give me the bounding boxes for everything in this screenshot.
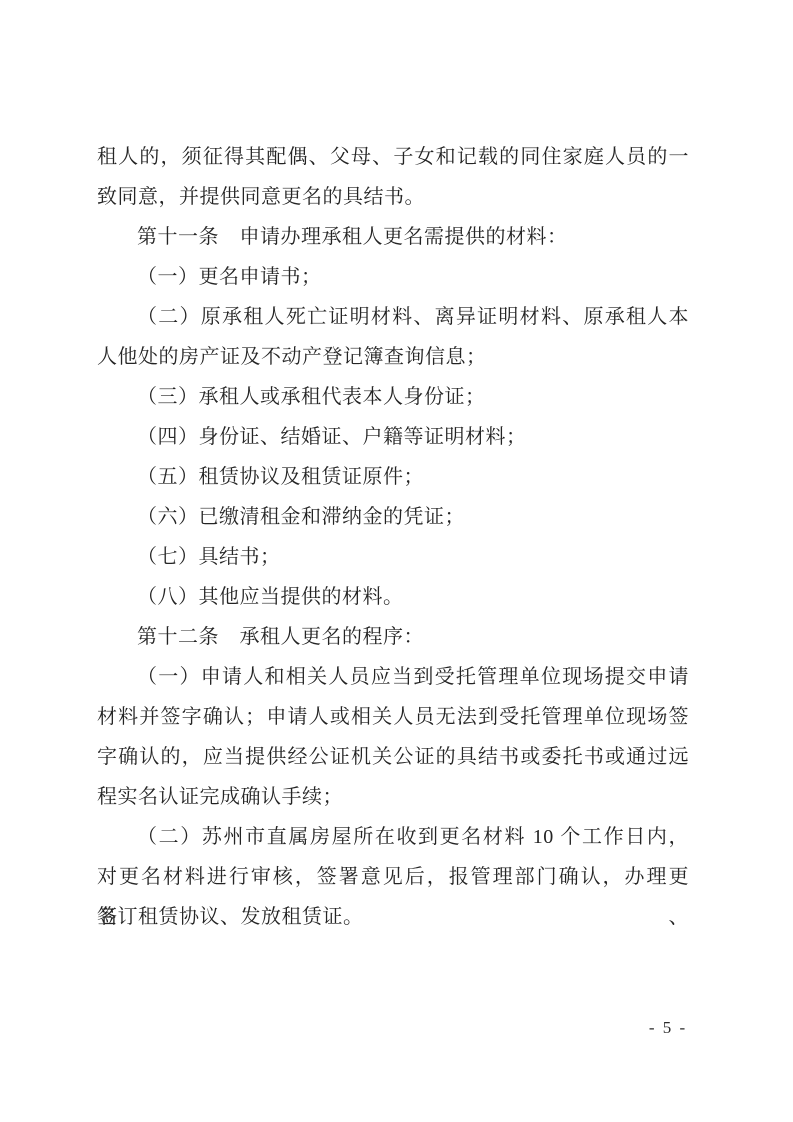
text-line: （二）原承租人死亡证明材料、离异证明材料、原承租人本 [97, 297, 689, 337]
text-line: （六）已缴清租金和滞纳金的凭证； [97, 497, 689, 537]
page-number: - 5 - [638, 1018, 698, 1038]
text-line: 致同意，并提供同意更名的具结书。 [97, 177, 689, 217]
text-line: （一）更名申请书； [97, 257, 689, 297]
document-body: 租人的，须征得其配偶、父母、子女和记载的同住家庭人员的一致同意，并提供同意更名的… [97, 137, 689, 937]
text-line: 字确认的，应当提供经公证机关公证的具结书或委托书或通过远 [97, 737, 689, 777]
text-line: （五）租赁协议及租赁证原件； [97, 457, 689, 497]
document-page: 租人的，须征得其配偶、父母、子女和记载的同住家庭人员的一致同意，并提供同意更名的… [0, 0, 793, 1122]
text-line: 材料并签字确认；申请人或相关人员无法到受托管理单位现场签 [97, 697, 689, 737]
text-line: （一）申请人和相关人员应当到受托管理单位现场提交申请 [97, 657, 689, 697]
text-line: （三）承租人或承租代表本人身份证； [97, 377, 689, 417]
text-line: 对更名材料进行审核，签署意见后，报管理部门确认，办理更名、 [97, 857, 689, 897]
text-line: 第十二条 承租人更名的程序： [97, 617, 689, 657]
text-line: 第十一条 申请办理承租人更名需提供的材料： [97, 217, 689, 257]
text-line: （二）苏州市直属房屋所在收到更名材料 10 个工作日内， [97, 817, 689, 857]
text-line: 程实名认证完成确认手续； [97, 777, 689, 817]
text-line: （七）具结书； [97, 537, 689, 577]
text-line: 租人的，须征得其配偶、父母、子女和记载的同住家庭人员的一 [97, 137, 689, 177]
text-line: （八）其他应当提供的材料。 [97, 577, 689, 617]
text-line: 人他处的房产证及不动产登记簿查询信息； [97, 337, 689, 377]
text-line: （四）身份证、结婚证、户籍等证明材料； [97, 417, 689, 457]
